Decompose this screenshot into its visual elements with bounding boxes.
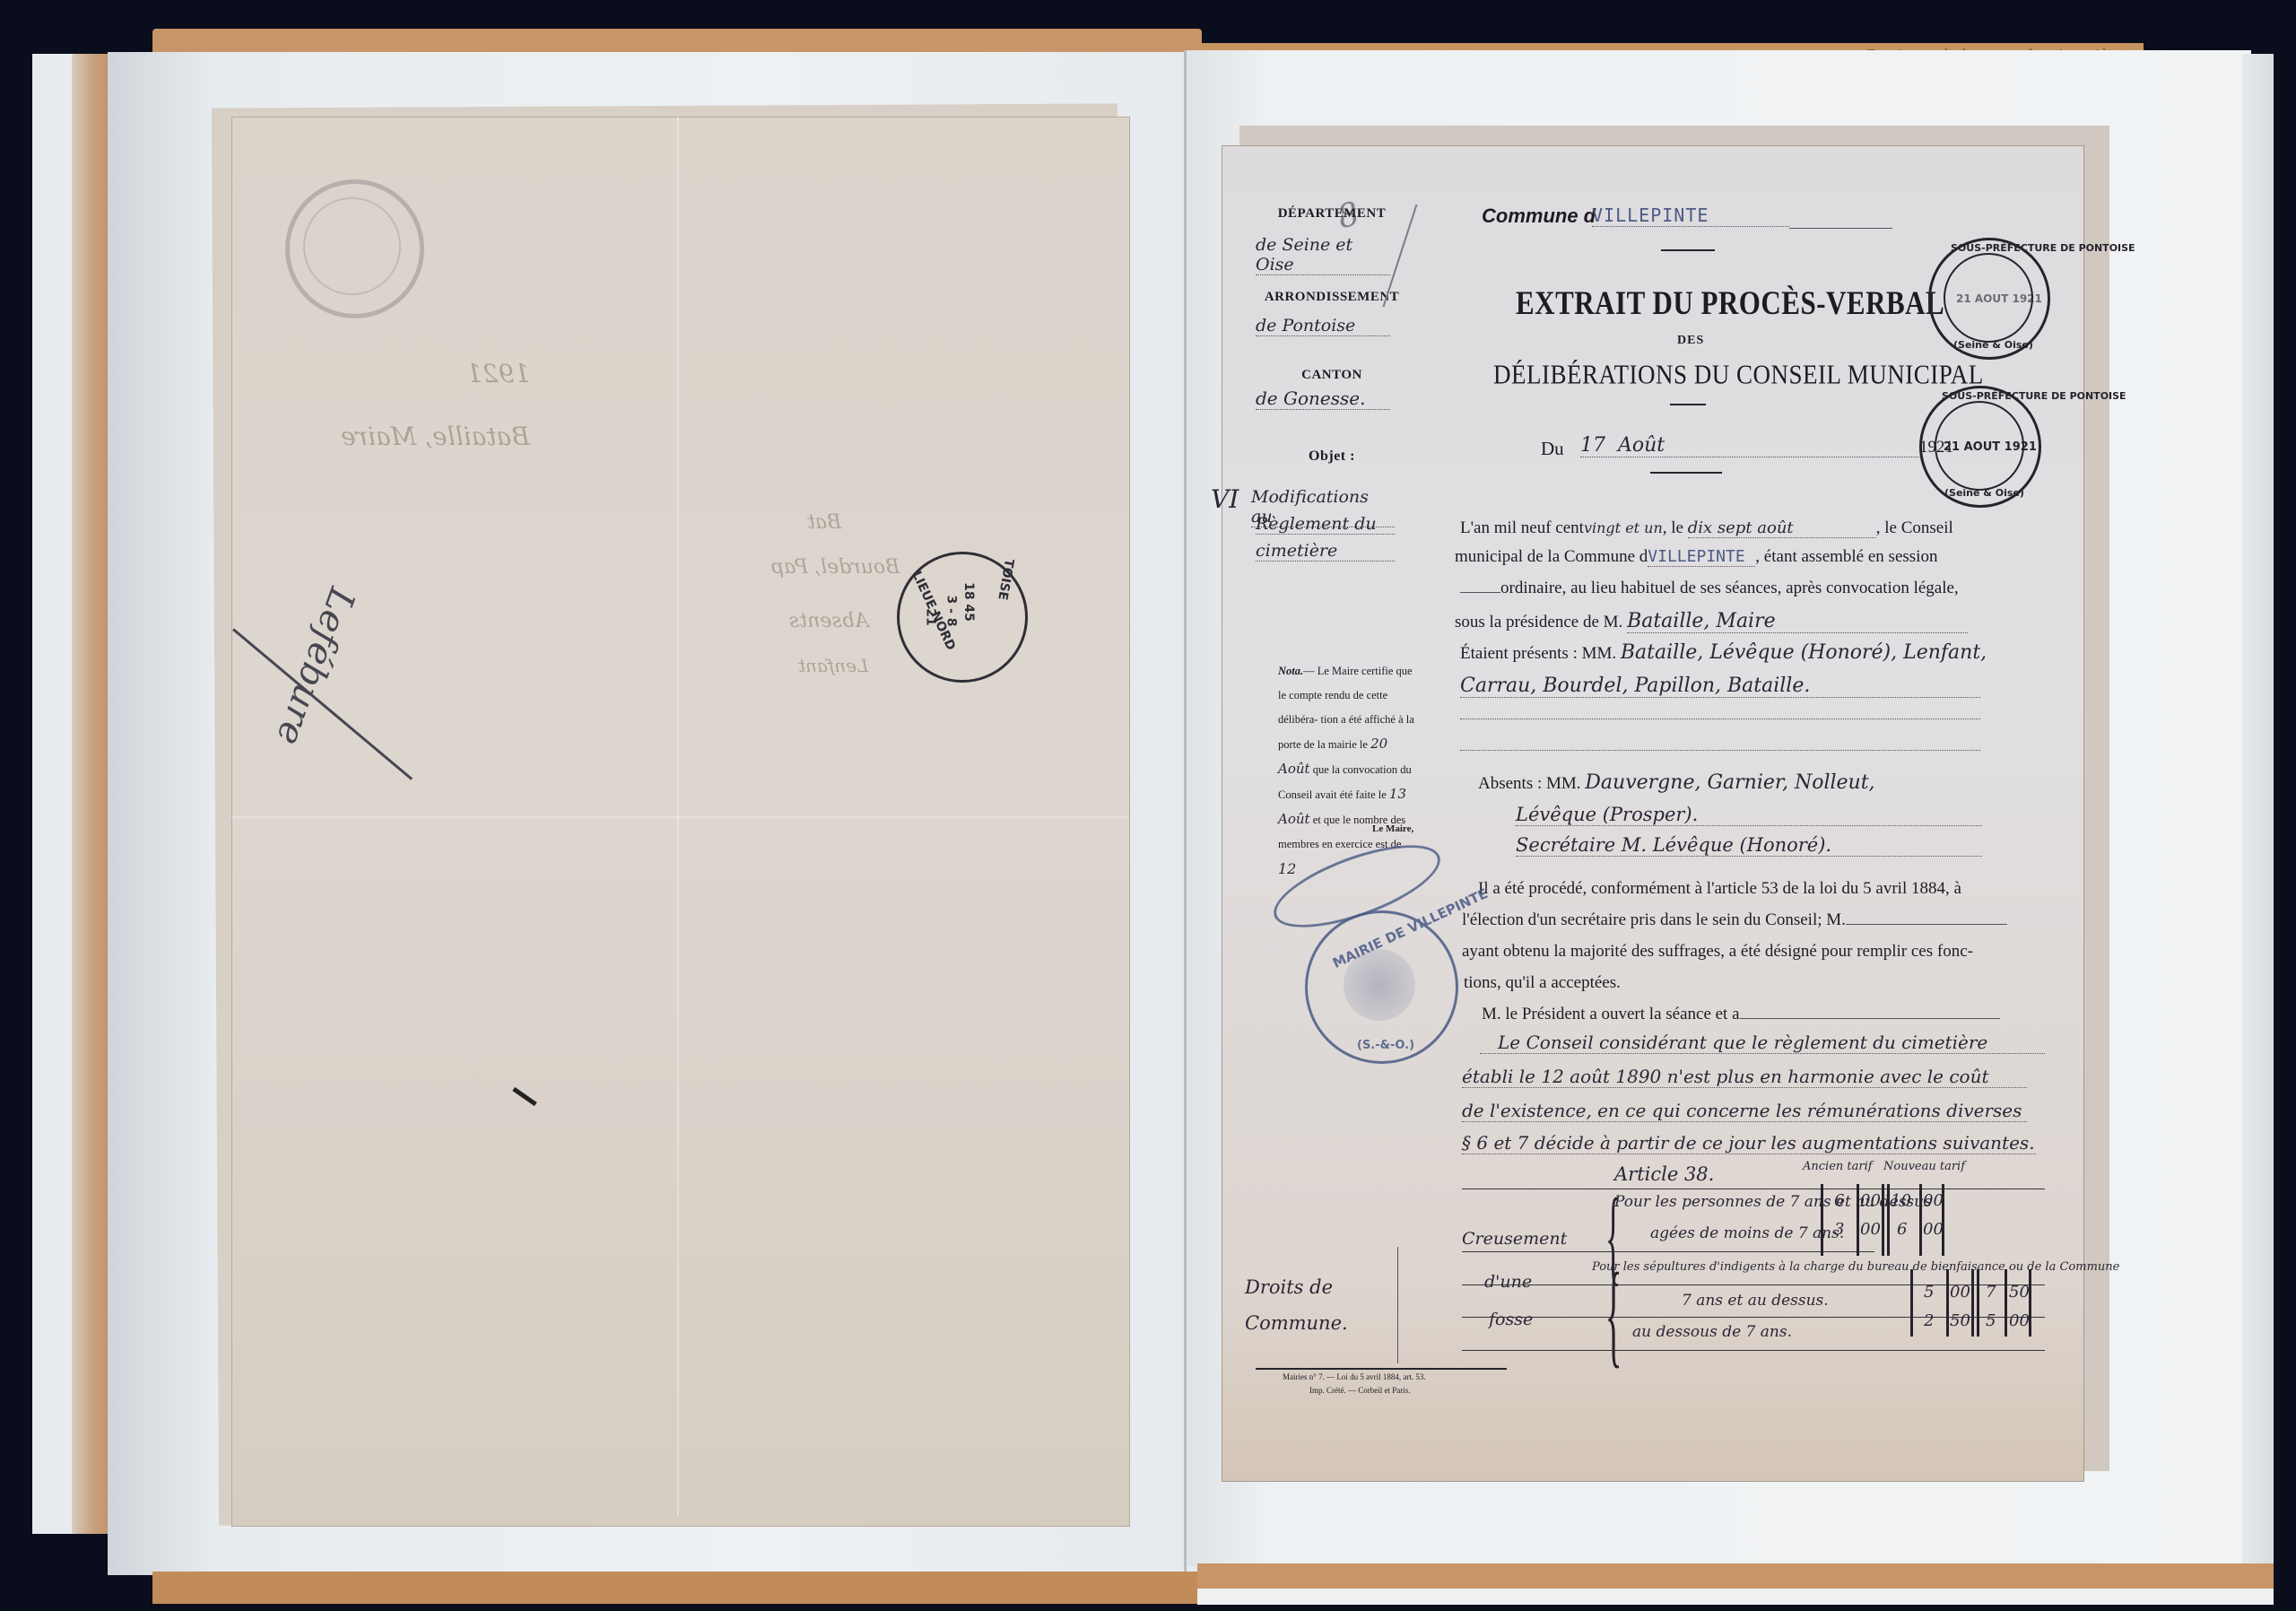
handwritten-date: dix sept août (1688, 518, 1876, 538)
nota-lead: Nota. (1278, 665, 1303, 677)
new-centimes: 50 (2009, 1283, 2030, 1302)
table-rule (1462, 1189, 2045, 1189)
body-line-3: ordinaire, au lieu habituel de ses séanc… (1460, 579, 1959, 598)
canton-value: de Gonesse. (1256, 388, 1390, 410)
book-cover-bottom-right (1197, 1563, 2274, 1589)
bleed-through-text: 1921 (466, 359, 530, 388)
date-day: 17 (1580, 434, 1605, 457)
table-col-divider (1946, 1269, 1949, 1337)
stamp-text-top: SOUS-PRÉFECTURE DE PONTOISE (1951, 242, 2135, 254)
new-francs: 7 (1986, 1283, 1996, 1302)
old-francs: 2 (1924, 1311, 1934, 1330)
resolution-line: de l'existence, en ce qui concerne les r… (1462, 1100, 2027, 1122)
new-francs: 10 (1891, 1191, 1911, 1210)
table-left-label: Droits de Commune. (1245, 1269, 1352, 1341)
table-row-label: Pour les sépultures d'indigents à la cha… (1592, 1260, 2119, 1274)
table-col-divider (1882, 1184, 1884, 1256)
bleed-through-text: Bat (807, 511, 841, 534)
president-line: M. le Président a ouvert la séance et a (1482, 1005, 2000, 1024)
present-names: Bataille, Lévêque (Honoré), Lenfant, (1621, 641, 1987, 664)
text: M. le Président a ouvert la séance et a (1482, 1005, 1740, 1023)
mount-sheet-right-edge (2242, 54, 2274, 1579)
maire-label: Le Maire, (1372, 823, 1413, 834)
absent-names-2: Lévêque (Prosper). (1516, 804, 1982, 826)
group-label: d'une (1484, 1272, 1532, 1292)
handwritten-president: Bataille, Maire (1627, 610, 1968, 633)
text: , le (1663, 518, 1683, 537)
table-col-divider (1821, 1184, 1823, 1256)
date-day-month: 17 Août (1580, 434, 1921, 457)
group-label: fosse (1489, 1310, 1533, 1329)
article-53-line-1: Il a été procédé, conformément à l'artic… (1478, 879, 1961, 899)
table-col-divider (1971, 1269, 1974, 1337)
table-rule (1462, 1251, 1874, 1252)
old-centimes: 00 (1860, 1191, 1881, 1210)
present-label: Étaient présents : MM. (1460, 644, 1616, 663)
ornament (1661, 249, 1715, 251)
new-francs: 5 (1986, 1311, 1996, 1330)
bleed-through-text: Bourdel, Pap (771, 556, 900, 579)
old-francs: 3 (1834, 1220, 1844, 1239)
col-header-new: Nouveau tarif (1883, 1160, 1965, 1173)
table-rule (1462, 1350, 2045, 1351)
mairie-stamp-bottom: (S.-&-O.) (1357, 1039, 1414, 1052)
nota-text: — Le Maire certifie que le compte rendu … (1278, 665, 1414, 751)
resolution-line: Le Conseil considérant que le règlement … (1480, 1032, 2045, 1054)
left-document (231, 117, 1130, 1527)
stamp-text-bottom: (Seine & Oise) (1953, 339, 2033, 351)
article-38: Article 38. (1614, 1163, 1714, 1185)
absent-label: Absents : MM. (1478, 774, 1581, 793)
body-line-2: municipal de la Commune dVILLEPINTE, éta… (1455, 547, 1937, 567)
departement-label: DÉPARTEMENT (1256, 206, 1408, 222)
postmark-stamp: TOISE 18 45 3 - 8 21 LIEUE NORD (897, 552, 1028, 683)
commune-value: VILLEPINTE (1592, 205, 1789, 227)
book-cover-bottom-left (152, 1572, 1202, 1604)
footer-line-2: Imp. Crété. — Corbeil et Paris. (1309, 1386, 1410, 1395)
commune-label: Commune d (1482, 205, 1596, 228)
date-month: Août (1618, 434, 1665, 457)
new-centimes: 00 (1923, 1191, 1944, 1210)
text: ordinaire, au lieu habituel de ses séanc… (1500, 579, 1959, 597)
old-centimes: 50 (1950, 1311, 1970, 1330)
postmark-date-1: 18 45 (961, 582, 976, 622)
footer-line-1: Mairies n° 7. — Loi du 5 avril 1884, art… (1283, 1372, 1426, 1381)
book-cover-left-edge (32, 54, 77, 1534)
table-row-label: agées de moins de 7 ans. (1650, 1224, 1844, 1242)
title-extrait: EXTRAIT DU PROCÈS-VERBAL (1516, 283, 1944, 322)
present-names-2: Carrau, Bourdel, Papillon, Bataille. (1460, 675, 1980, 698)
new-francs: 6 (1897, 1220, 1907, 1239)
table-col-divider (1977, 1269, 1979, 1337)
old-francs: 6 (1834, 1191, 1844, 1210)
text: L'an mil neuf cent (1460, 518, 1584, 537)
objet-label: Objet : (1256, 448, 1408, 465)
book-sheet-bottom-right (1197, 1589, 2274, 1605)
footer-rule (1256, 1368, 1507, 1370)
old-francs: 5 (1924, 1283, 1934, 1302)
resolution-line: établi le 12 août 1890 n'est plus en har… (1462, 1066, 2027, 1088)
title-des: DES (1677, 334, 1704, 348)
fold-line-horizontal (231, 816, 1128, 818)
departement-value: de Seine et Oise (1256, 235, 1390, 275)
article-53-line-2: l'élection d'un secrétaire pris dans le … (1462, 910, 2007, 930)
stamp-date: 21 AOUT 1921 (1944, 440, 2037, 454)
text: , étant assemblé en session (1755, 547, 1937, 566)
group-label: Creusement (1462, 1229, 1567, 1249)
article-53-line-3: ayant obtenu la majorité des suffrages, … (1462, 942, 1973, 962)
blank-line (1460, 749, 1980, 751)
arrondissement-value: de Pontoise (1256, 316, 1390, 336)
title-deliberations: DÉLIBÉRATIONS DU CONSEIL MUNICIPAL (1493, 359, 1984, 391)
body-line-4: sous la présidence de M. Bataille, Maire (1455, 610, 1968, 633)
ornament (1650, 472, 1722, 474)
absent-line: Absents : MM. Dauvergne, Garnier, Nolleu… (1478, 771, 1875, 794)
table-col-divider (1857, 1184, 1859, 1256)
faint-prefecture-stamp (285, 179, 424, 318)
old-centimes: 00 (1860, 1220, 1881, 1239)
table-col-divider (1887, 1184, 1890, 1256)
resolution-line: § 6 et 7 décide à partir de ce jour les … (1462, 1132, 2036, 1154)
bleed-through-text: Lenfant (798, 655, 868, 676)
mairie-stamp: MAIRIE DE VILLEPINTE (S.-&-O.) (1305, 910, 1458, 1064)
commune-stamped: VILLEPINTE (1648, 547, 1755, 567)
commune-underline (1789, 228, 1892, 229)
table-row-label: au dessous de 7 ans. (1632, 1323, 1792, 1341)
bleed-through-text: Absents (789, 610, 869, 632)
stamp-date: 21 AOUT 1921 (1956, 292, 2042, 305)
table-col-divider (1919, 1184, 1922, 1256)
objet-number: VI (1211, 484, 1239, 514)
absent-names: Dauvergne, Garnier, Nolleut, (1585, 771, 1874, 794)
title-rule (1670, 404, 1706, 405)
old-centimes: 00 (1950, 1283, 1970, 1302)
text: l'élection d'un secrétaire pris dans le … (1462, 910, 1846, 929)
article-53-line-4: tions, qu'il a acceptées. (1464, 973, 1621, 993)
secretaire-line: Secrétaire M. Lévêque (Honoré). (1516, 834, 1982, 857)
stamp-text-top: SOUS-PRÉFECTURE DE PONTOISE (1942, 390, 2126, 402)
text: municipal de la Commune d (1455, 547, 1648, 566)
table-col-divider (2005, 1269, 2007, 1337)
text: sous la présidence de M. (1455, 613, 1622, 631)
members-count: 12 (1278, 860, 1296, 877)
objet-line: cimetière (1256, 541, 1395, 562)
handwritten-year: vingt et un (1584, 519, 1663, 536)
stamp-text-bottom: (Seine & Oise) (1944, 487, 2024, 499)
col-header-old: Ancien tarif (1803, 1160, 1873, 1173)
postmark-top: TOISE (995, 558, 1016, 601)
new-centimes: 00 (2009, 1311, 2030, 1330)
table-row-label: 7 ans et au dessus. (1682, 1292, 1829, 1310)
blank-line (1460, 718, 1980, 719)
present-line: Étaient présents : MM. Bataille, Lévêque… (1460, 641, 1987, 664)
table-col-divider (1910, 1269, 1913, 1337)
prefecture-stamp: SOUS-PRÉFECTURE DE PONTOISE 21 AOUT 1921… (1919, 386, 2041, 508)
text: , le Conseil (1876, 518, 1953, 537)
bleed-through-text: Bataille, Maire (341, 422, 530, 451)
book-gutter (1184, 50, 1187, 1575)
table-left-divider (1397, 1247, 1398, 1363)
canton-label: CANTON (1256, 368, 1408, 383)
new-centimes: 00 (1923, 1220, 1944, 1239)
prefecture-stamp: SOUS-PRÉFECTURE DE PONTOISE 21 AOUT 1921… (1928, 238, 2050, 360)
objet-line: Règlement du (1256, 514, 1395, 535)
date-prefix: Du (1541, 438, 1564, 460)
body-line-1: L'an mil neuf centvingt et un, le dix se… (1460, 518, 1953, 538)
